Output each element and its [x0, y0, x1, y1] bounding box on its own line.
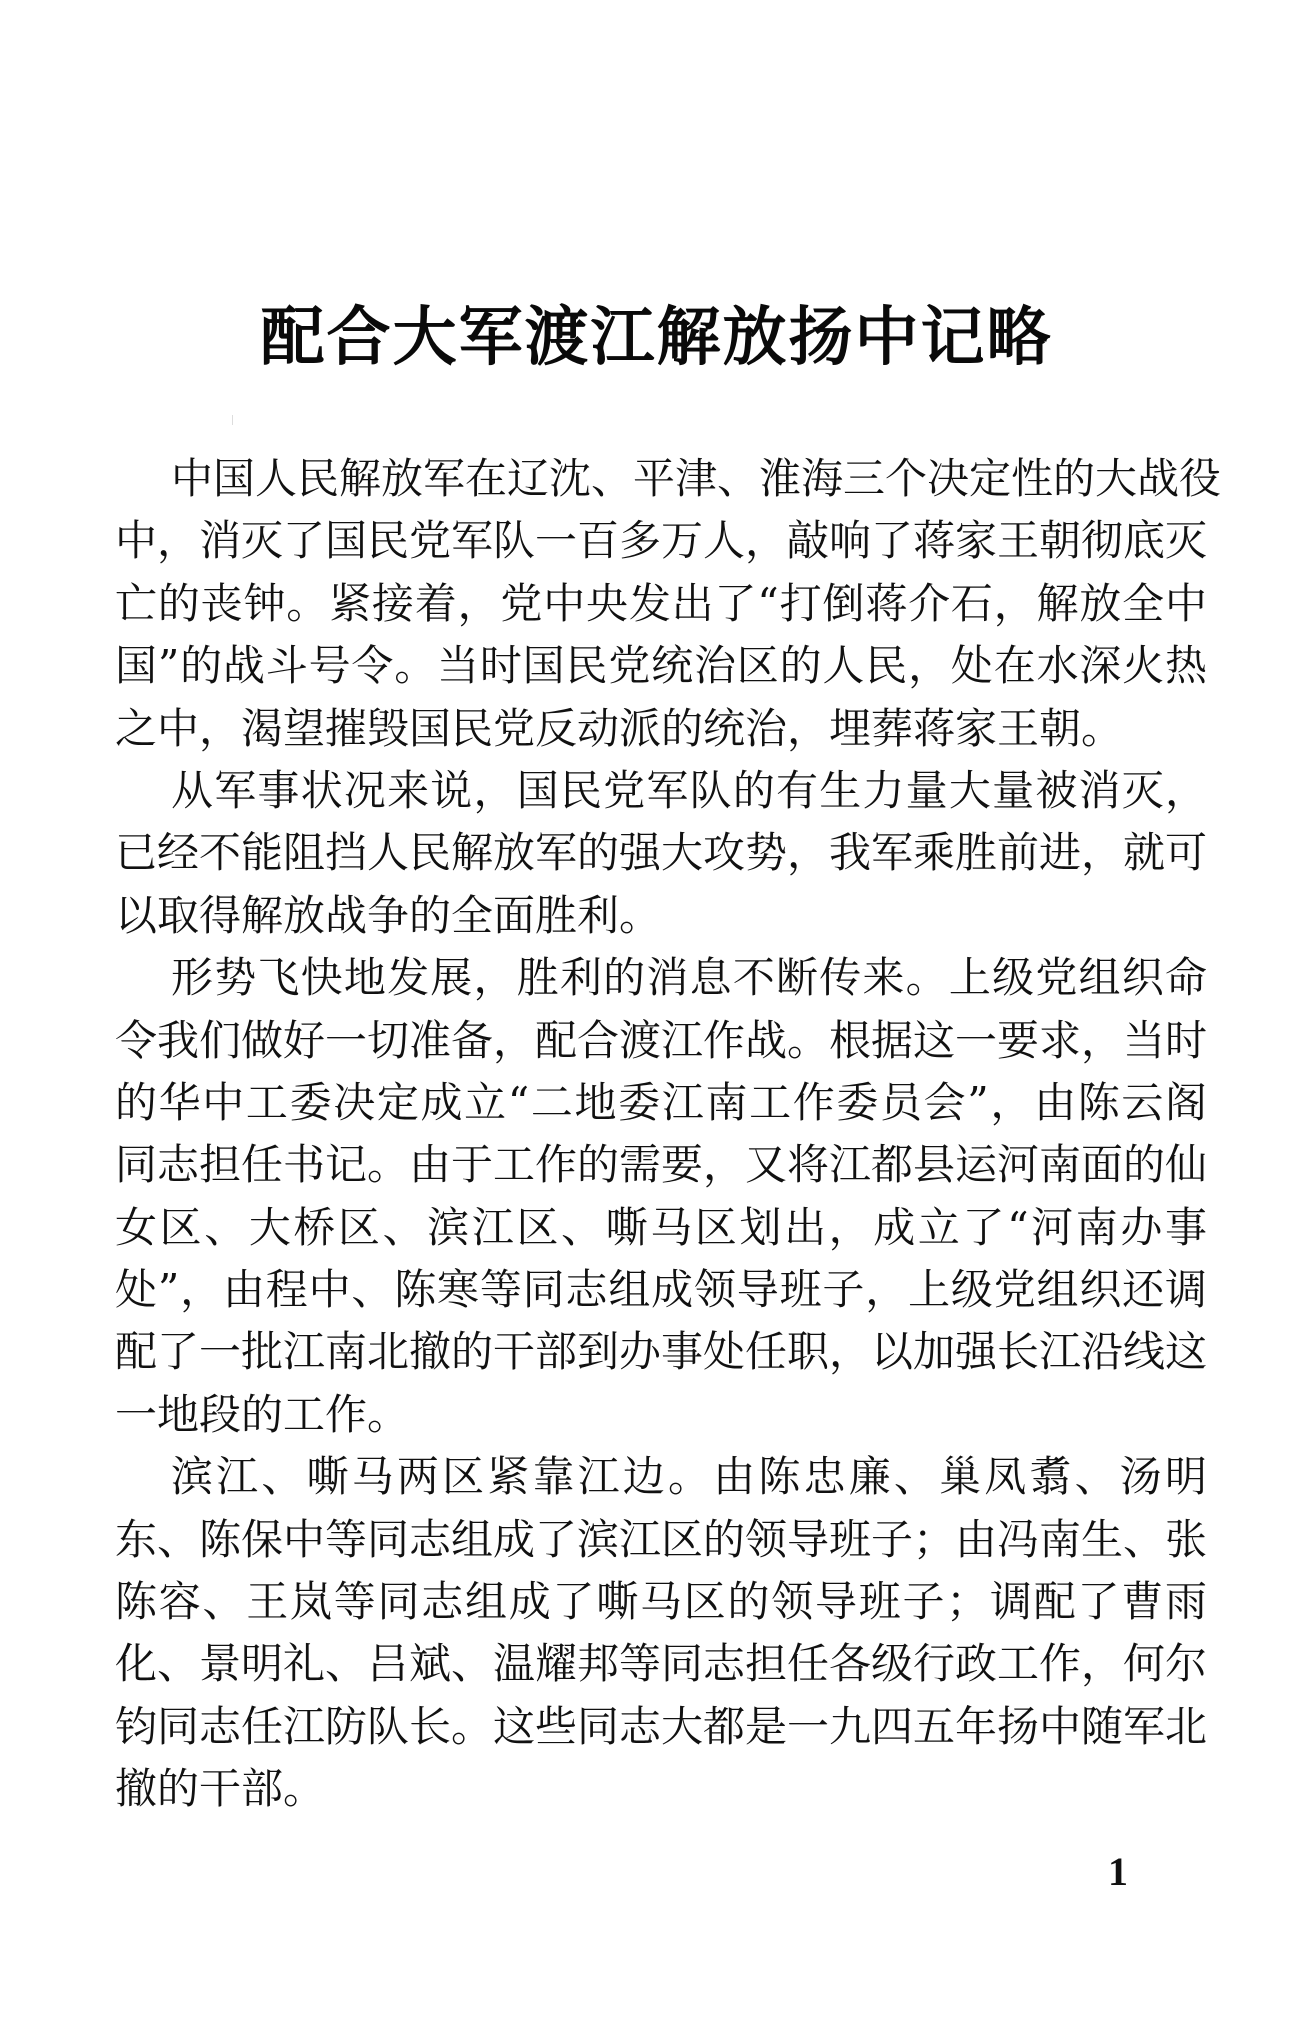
text-line: 已经不能阻挡人民解放军的强大攻势，我军乘胜前进，就可: [115, 822, 1207, 884]
text-line: 滨江、嘶马两区紧靠江边。由陈忠廉、巢凤翥、汤明: [115, 1446, 1207, 1508]
text-line: 从军事状况来说，国民党军队的有生力量大量被消灭，: [115, 760, 1207, 822]
text-line: 之中，渴望摧毁国民党反动派的统治，埋葬蒋家王朝。: [115, 698, 1207, 760]
paragraph-3: 形势飞快地发展，胜利的消息不断传来。上级党组织命 令我们做好一切准备，配合渡江作…: [115, 947, 1207, 1446]
text-line: 女区、大桥区、滨江区、嘶马区划出，成立了“河南办事: [115, 1197, 1207, 1259]
text-line: 国”的战斗号令。当时国民党统治区的人民，处在水深火热: [115, 635, 1207, 697]
text-line: 钧同志任江防队长。这些同志大都是一九四五年扬中随军北: [115, 1696, 1207, 1758]
text-line: 处”，由程中、陈寒等同志组成领导班子，上级党组织还调: [115, 1259, 1207, 1321]
text-line: 一地段的工作。: [115, 1384, 1207, 1446]
text-line: 撤的干部。: [115, 1758, 1207, 1820]
page-number: 1: [1108, 1848, 1128, 1895]
text-line: 的华中工委决定成立“二地委江南工作委员会”，由陈云阁: [115, 1072, 1207, 1134]
body-text: 中国人民解放军在辽沈、平津、淮海三个决定性的大战役 中，消灭了国民党军队一百多万…: [115, 448, 1207, 1821]
scan-artifact: [232, 415, 233, 425]
text-line: 化、景明礼、吕斌、温耀邦等同志担任各级行政工作，何尔: [115, 1633, 1207, 1695]
text-line: 东、陈保中等同志组成了滨江区的领导班子；由冯南生、张: [115, 1509, 1207, 1571]
paragraph-4: 滨江、嘶马两区紧靠江边。由陈忠廉、巢凤翥、汤明 东、陈保中等同志组成了滨江区的领…: [115, 1446, 1207, 1820]
text-line: 中国人民解放军在辽沈、平津、淮海三个决定性的大战役: [115, 448, 1207, 510]
text-line: 亡的丧钟。紧接着，党中央发出了“打倒蒋介石，解放全中: [115, 573, 1207, 635]
text-line: 形势飞快地发展，胜利的消息不断传来。上级党组织命: [115, 947, 1207, 1009]
text-line: 中，消灭了国民党军队一百多万人，敲响了蒋家王朝彻底灭: [115, 510, 1207, 572]
text-line: 令我们做好一切准备，配合渡江作战。根据这一要求，当时: [115, 1010, 1207, 1072]
chapter-title: 配合大军渡江解放扬中记略: [0, 298, 1313, 378]
paragraph-2: 从军事状况来说，国民党军队的有生力量大量被消灭， 已经不能阻挡人民解放军的强大攻…: [115, 760, 1207, 947]
book-page: 配合大军渡江解放扬中记略 中国人民解放军在辽沈、平津、淮海三个决定性的大战役 中…: [0, 0, 1313, 2039]
paragraph-1: 中国人民解放军在辽沈、平津、淮海三个决定性的大战役 中，消灭了国民党军队一百多万…: [115, 448, 1207, 760]
text-line: 同志担任书记。由于工作的需要，又将江都县运河南面的仙: [115, 1134, 1207, 1196]
text-line: 配了一批江南北撤的干部到办事处任职，以加强长江沿线这: [115, 1321, 1207, 1383]
text-line: 陈容、王岚等同志组成了嘶马区的领导班子；调配了曹雨: [115, 1571, 1207, 1633]
text-line: 以取得解放战争的全面胜利。: [115, 885, 1207, 947]
